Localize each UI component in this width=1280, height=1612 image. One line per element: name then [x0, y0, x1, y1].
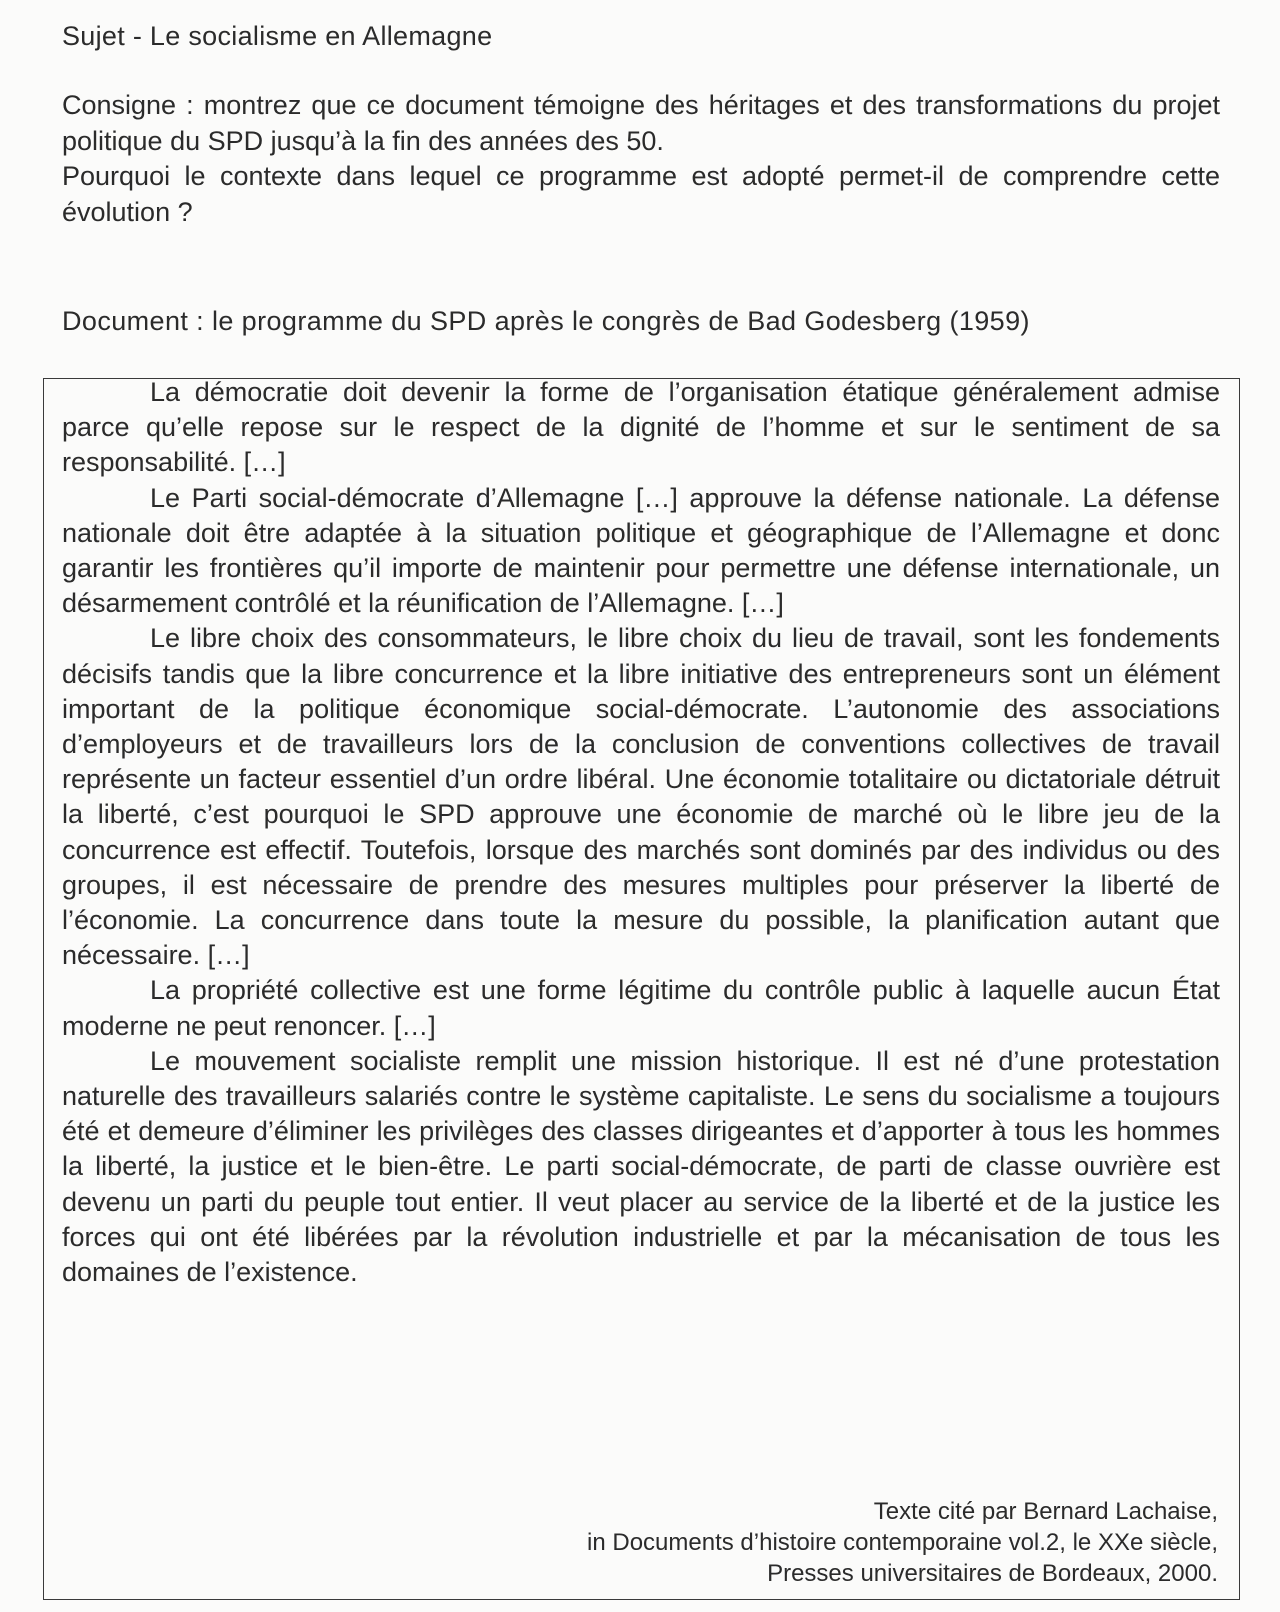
document-excerpt: La démocratie doit devenir la forme de l…: [62, 375, 1220, 1290]
source-line-book: in Documents d’histoire contemporaine vo…: [587, 1527, 1218, 1558]
excerpt-paragraph-defense: Le Parti social-démocrate d’Allemagne [……: [62, 481, 1220, 622]
instruction-question: Pourquoi le contexte dans lequel ce prog…: [62, 159, 1220, 230]
source-line-author: Texte cité par Bernard Lachaise,: [587, 1496, 1218, 1527]
excerpt-paragraph-mission: Le mouvement socialiste remplit une miss…: [62, 1044, 1220, 1290]
source-citation: Texte cité par Bernard Lachaise, in Docu…: [587, 1496, 1218, 1589]
excerpt-paragraph-property: La propriété collective est une forme lé…: [62, 973, 1220, 1043]
instruction-consigne: Consigne : montrez que ce document témoi…: [62, 88, 1220, 159]
instruction-block: Consigne : montrez que ce document témoi…: [62, 88, 1220, 230]
document-title: Document : le programme du SPD après le …: [62, 303, 1030, 339]
excerpt-paragraph-democracy: La démocratie doit devenir la forme de l…: [62, 375, 1220, 481]
document-page: Sujet - Le socialisme en Allemagne Consi…: [0, 0, 1280, 1612]
subject-heading: Sujet - Le socialisme en Allemagne: [62, 18, 492, 54]
excerpt-paragraph-economy: Le libre choix des consommateurs, le lib…: [62, 621, 1220, 973]
source-line-publisher: Presses universitaires de Bordeaux, 2000…: [587, 1558, 1218, 1589]
